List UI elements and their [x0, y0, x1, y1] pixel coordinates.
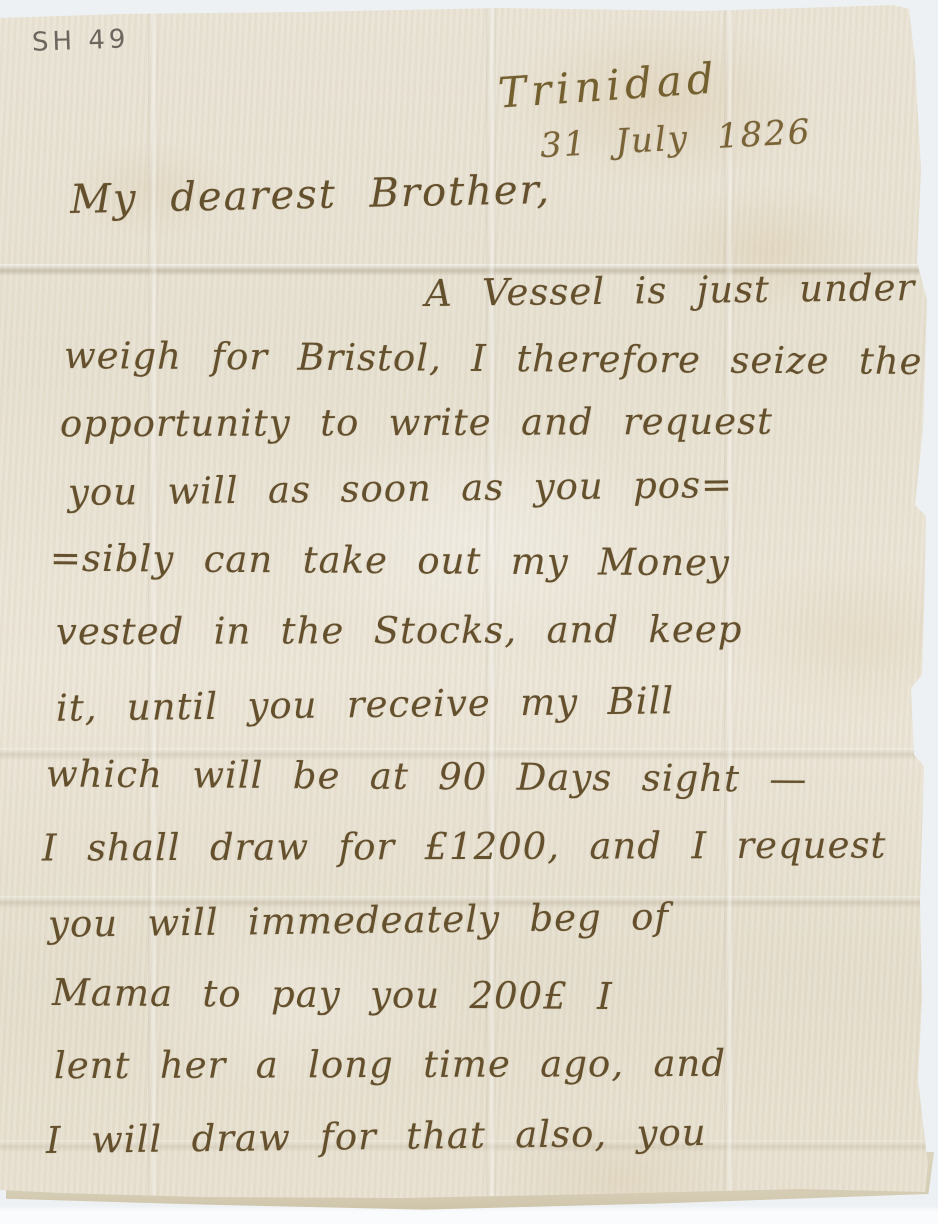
letter-line: opportunity to write and request: [60, 401, 773, 446]
letter-line: A Vessel is just under: [425, 267, 916, 316]
letter-line: which will be at 90 Days sight —: [46, 753, 808, 801]
letter-line: weigh for Bristol, I therefore seize the: [64, 335, 923, 384]
letter-line: it, until you receive my Bill: [56, 680, 675, 730]
scanned-letter-page: SH 49 Trinidad 31 July 1826 My dearest B…: [0, 0, 938, 1224]
letter-line: you will as soon as you pos=: [68, 464, 734, 515]
letter-line: vested in the Stocks, and keep: [56, 609, 743, 654]
archival-code: SH 49: [32, 24, 130, 57]
letter-line: lent her a long time ago, and: [54, 1043, 726, 1088]
letter-line: =sibly can take out my Money: [50, 538, 730, 585]
letter-line: Mama to pay you 200£ I: [52, 972, 613, 1018]
letter-line: you will immedeately beg of: [48, 896, 670, 946]
letter-line: I will draw for that also, you: [46, 1112, 707, 1163]
letter-line: I shall draw for £1200, and I request: [42, 825, 886, 870]
